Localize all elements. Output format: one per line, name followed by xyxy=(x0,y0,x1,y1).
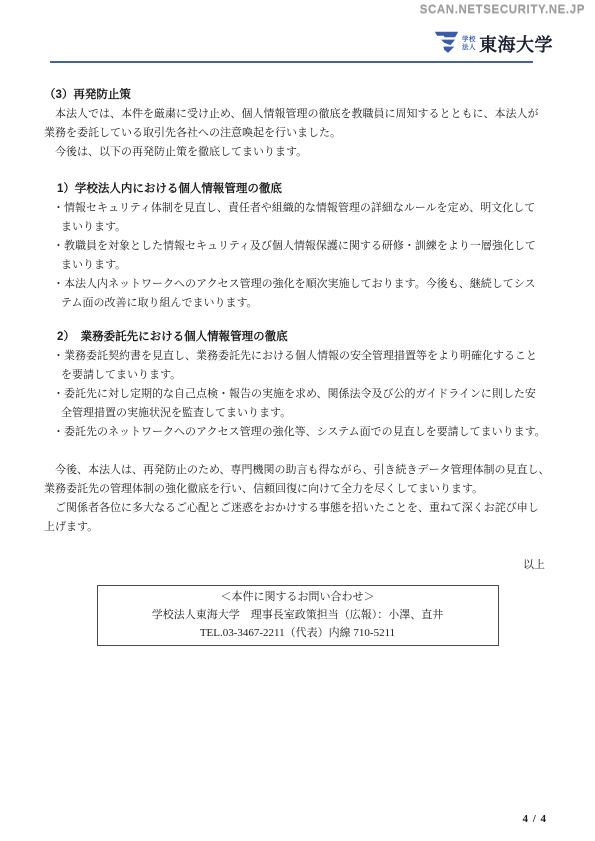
bullet-item: ・教職員を対象とした情報セキュリティ及び個人情報保護に関する研修・訓練をより一層… xyxy=(53,237,551,275)
contact-box-phone: TEL.03-3467-2211（代表）内線 710-5211 xyxy=(98,624,498,642)
bullet-item: ・委託先に対し定期的な自己点検・報告の実施を求め、関係法令及び公的ガイドラインに… xyxy=(53,385,551,423)
bullet-item: ・業務委託契約書を見直し、業務委託先における個人情報の安全管理措置等をより明確化… xyxy=(53,347,551,385)
section-heading-countermeasures: （3）再発防止策 xyxy=(44,86,551,105)
sign-off: 以上 xyxy=(44,556,551,575)
page-number: 4 / 4 xyxy=(522,813,547,825)
contact-box-department: 学校法人東海大学 理事長室政策担当（広報）：小澤、直井 xyxy=(98,606,498,624)
contact-info-box: ＜本件に関するお問い合わせ＞ 学校法人東海大学 理事長室政策担当（広報）：小澤、… xyxy=(97,585,499,646)
subsection-2-heading: 2） 業務委託先における個人情報管理の徹底 xyxy=(44,328,551,347)
subsection-1-heading: 1）学校法人内における個人情報管理の徹底 xyxy=(44,180,551,199)
intro-paragraph-2: 今後は、以下の再発防止策を徹底してまいります。 xyxy=(44,143,551,162)
document-body: （3）再発防止策 本法人では、本件を厳粛に受け止め、個人情報管理の徹底を教職員に… xyxy=(0,0,595,646)
bullet-item: ・本法人内ネットワークへのアクセス管理の強化を順次実施しております。今後も、継続… xyxy=(53,275,551,313)
subsection-2-bullet-list: ・業務委託契約書を見直し、業務委託先における個人情報の安全管理措置等をより明確化… xyxy=(53,347,551,442)
subsection-1-bullet-list: ・情報セキュリティ体制を見直し、責任者や組織的な情報管理の詳細なルールを定め、明… xyxy=(53,199,551,313)
bullet-item: ・委託先のネットワークへのアクセス管理の強化等、システム面での見直しを要請してま… xyxy=(53,423,551,442)
closing-paragraph-2: ご関係者各位に多大なるご心配とご迷惑をおかけする事態を招いたことを、重ねて深くお… xyxy=(44,499,551,537)
document-page: SCAN.NETSECURITY.NE.JP 学校 法人 東海大学 （3）再発防… xyxy=(0,0,595,841)
contact-box-title: ＜本件に関するお問い合わせ＞ xyxy=(98,588,498,606)
bullet-item: ・情報セキュリティ体制を見直し、責任者や組織的な情報管理の詳細なルールを定め、明… xyxy=(53,199,551,237)
intro-paragraph-1: 本法人では、本件を厳粛に受け止め、個人情報管理の徹底を教職員に周知するとともに、… xyxy=(44,105,551,143)
closing-paragraph-1: 今後、本法人は、再発防止のため、専門機関の助言も得ながら、引き続きデータ管理体制… xyxy=(44,461,551,499)
